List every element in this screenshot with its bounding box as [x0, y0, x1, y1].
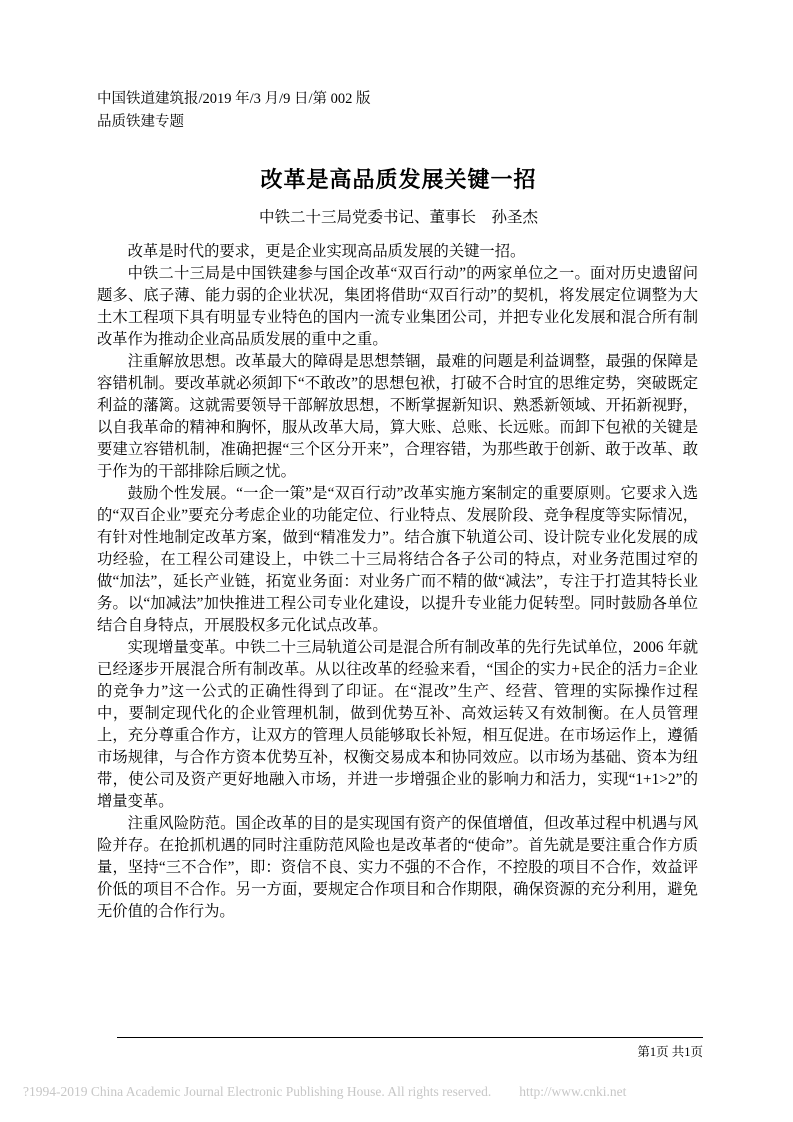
source-publication-line: 中国铁道建筑报/2019 年/3 月/9 日/第 002 版	[97, 88, 700, 111]
document-page: 中国铁道建筑报/2019 年/3 月/9 日/第 002 版 品质铁建专题 改革…	[0, 0, 793, 1122]
article-body: 改革是时代的要求，更是企业实现高品质发展的关键一招。 中铁二十三局是中国铁建参与…	[97, 241, 698, 923]
paragraph: 实现增量变革。中铁二十三局轨道公司是混合所有制改革的先行先试单位，2006 年就…	[97, 637, 698, 813]
copyright-bar: ?1994-2019 China Academic Journal Electr…	[23, 1083, 783, 1101]
article-title: 改革是高品质发展关键一招	[97, 167, 700, 193]
copyright-text: ?1994-2019 China Academic Journal Electr…	[23, 1084, 491, 1099]
paragraph: 改革是时代的要求，更是企业实现高品质发展的关键一招。	[97, 241, 698, 263]
column-topic-line: 品质铁建专题	[97, 111, 700, 134]
footer-divider	[117, 1037, 703, 1038]
article-byline: 中铁二十三局党委书记、董事长 孙圣杰	[97, 208, 700, 228]
paragraph: 注重风险防范。国企改革的目的是实现国有资产的保值增值，但改革过程中机遇与风险并存…	[97, 813, 698, 923]
paragraph: 鼓励个性发展。“一企一策”是“双百行动”改革实施方案制定的重要原则。它要求入选的…	[97, 483, 698, 637]
page-number-info: 第1页 共1页	[97, 1043, 703, 1061]
paragraph: 注重解放思想。改革最大的障碍是思想禁锢，最难的问题是利益调整，最强的保障是容错机…	[97, 351, 698, 483]
paragraph: 中铁二十三局是中国铁建参与国企改革“双百行动”的两家单位之一。面对历史遗留问题多…	[97, 263, 698, 351]
cnki-url: http://www.cnki.net	[519, 1084, 626, 1099]
document-header: 中国铁道建筑报/2019 年/3 月/9 日/第 002 版 品质铁建专题	[97, 88, 700, 134]
